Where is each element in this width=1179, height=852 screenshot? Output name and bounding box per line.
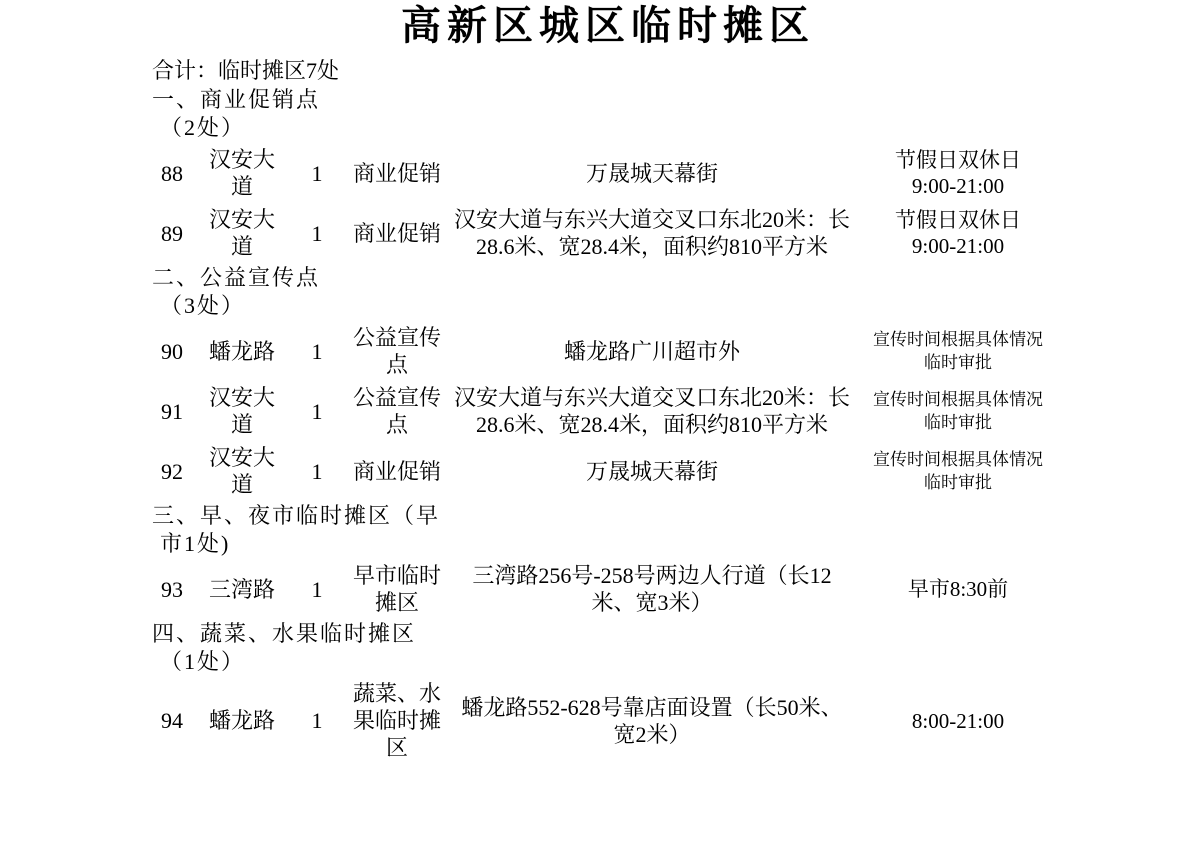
- cell-type: 商业促销: [342, 160, 452, 187]
- cell-time-remark: 早市8:30前: [852, 576, 1064, 602]
- section-heading: 一、商业促销点（2处）: [152, 86, 1064, 142]
- cell-time-remark: 8:00-21:00: [852, 708, 1064, 734]
- section-rows: 90 蟠龙路 1 公益宣传点 蟠龙路广川超市外 宣传时间根据具体情况临时审批 9…: [152, 322, 1064, 500]
- table-section: 二、公益宣传点（3处） 90 蟠龙路 1 公益宣传点 蟠龙路广川超市外 宣传时间…: [152, 264, 1064, 500]
- cell-location: 万晟城天幕街: [452, 458, 852, 485]
- section-heading: 三、早、夜市临时摊区（早市1处): [152, 502, 1064, 558]
- section-heading-line: 市1处): [152, 530, 1064, 558]
- cell-location: 蟠龙路广川超市外: [452, 338, 852, 365]
- cell-location: 万晟城天幕街: [452, 160, 852, 187]
- cell-time-remark: 宣传时间根据具体情况临时审批: [852, 448, 1064, 494]
- table-row: 88 汉安大道 1 商业促销 万晟城天幕街 节假日双休日9:00-21:00: [152, 144, 1064, 202]
- cell-road-name: 蟠龙路: [209, 707, 275, 734]
- cell-road-name: 汉安大道: [202, 146, 282, 200]
- cell-category: 商业促销: [353, 160, 441, 187]
- cell-serial-number: 91: [152, 398, 192, 425]
- table-row: 93 三湾路 1 早市临时摊区 三湾路256号-258号两边人行道（长12米、宽…: [152, 560, 1064, 618]
- cell-quantity: 1: [292, 576, 342, 603]
- cell-quantity: 1: [292, 338, 342, 365]
- cell-serial-number: 89: [152, 220, 192, 247]
- cell-time-remark: 宣传时间根据具体情况临时审批: [852, 328, 1064, 374]
- cell-road: 蟠龙路: [192, 707, 292, 734]
- cell-category: 早市临时摊区: [349, 562, 445, 616]
- cell-location: 三湾路256号-258号两边人行道（长12米、宽3米）: [452, 562, 852, 616]
- cell-quantity: 1: [292, 160, 342, 187]
- cell-category: 公益宣传点: [349, 384, 445, 438]
- section-heading-line: （3处）: [152, 292, 1064, 320]
- cell-category: 商业促销: [353, 458, 441, 485]
- cell-category: 蔬菜、水果临时摊区: [349, 680, 445, 761]
- cell-type: 商业促销: [342, 220, 452, 247]
- document-page: 高新区城区临时摊区 合计：临时摊区7处 一、商业促销点（2处） 88 汉安大道 …: [0, 0, 1179, 852]
- stall-table: 一、商业促销点（2处） 88 汉安大道 1 商业促销 万晟城天幕街 节假日双休日…: [152, 86, 1064, 763]
- cell-quantity: 1: [292, 220, 342, 247]
- table-section: 四、蔬菜、水果临时摊区（1处） 94 蟠龙路 1 蔬菜、水果临时摊区 蟠龙路55…: [152, 620, 1064, 763]
- cell-time-remark: 宣传时间根据具体情况临时审批: [852, 388, 1064, 434]
- cell-category: 公益宣传点: [349, 324, 445, 378]
- section-rows: 93 三湾路 1 早市临时摊区 三湾路256号-258号两边人行道（长12米、宽…: [152, 560, 1064, 618]
- section-heading-line: 四、蔬菜、水果临时摊区: [152, 620, 1064, 648]
- cell-road: 蟠龙路: [192, 338, 292, 365]
- cell-road: 三湾路: [192, 576, 292, 603]
- cell-location: 汉安大道与东兴大道交叉口东北20米：长28.6米、宽28.4米，面积约810平方…: [452, 206, 852, 260]
- section-rows: 88 汉安大道 1 商业促销 万晟城天幕街 节假日双休日9:00-21:00 8…: [152, 144, 1064, 262]
- cell-quantity: 1: [292, 707, 342, 734]
- remark-line: 宣传时间根据具体情况临时审批: [872, 388, 1044, 434]
- cell-type: 早市临时摊区: [342, 562, 452, 616]
- table-section: 一、商业促销点（2处） 88 汉安大道 1 商业促销 万晟城天幕街 节假日双休日…: [152, 86, 1064, 262]
- remark-line: 节假日双休日: [895, 147, 1021, 173]
- document-content: 高新区城区临时摊区 合计：临时摊区7处 一、商业促销点（2处） 88 汉安大道 …: [152, 0, 1064, 763]
- section-heading: 四、蔬菜、水果临时摊区（1处）: [152, 620, 1064, 676]
- table-row: 92 汉安大道 1 商业促销 万晟城天幕街 宣传时间根据具体情况临时审批: [152, 442, 1064, 500]
- cell-location: 蟠龙路552-628号靠店面设置（长50米、宽2米）: [452, 694, 852, 748]
- remark-line: 宣传时间根据具体情况临时审批: [872, 448, 1044, 494]
- cell-type: 蔬菜、水果临时摊区: [342, 680, 452, 761]
- cell-road: 汉安大道: [192, 146, 292, 200]
- table-row: 90 蟠龙路 1 公益宣传点 蟠龙路广川超市外 宣传时间根据具体情况临时审批: [152, 322, 1064, 380]
- cell-type: 商业促销: [342, 458, 452, 485]
- remark-line: 早市8:30前: [908, 576, 1008, 602]
- cell-road: 汉安大道: [192, 206, 292, 260]
- cell-serial-number: 93: [152, 576, 192, 603]
- cell-serial-number: 94: [152, 707, 192, 734]
- cell-time-remark: 节假日双休日9:00-21:00: [852, 147, 1064, 199]
- cell-serial-number: 90: [152, 338, 192, 365]
- cell-road-name: 汉安大道: [202, 444, 282, 498]
- remark-line: 8:00-21:00: [912, 708, 1004, 734]
- cell-time-remark: 节假日双休日9:00-21:00: [852, 207, 1064, 259]
- section-heading-line: （2处）: [152, 114, 1064, 142]
- section-rows: 94 蟠龙路 1 蔬菜、水果临时摊区 蟠龙路552-628号靠店面设置（长50米…: [152, 678, 1064, 763]
- section-heading: 二、公益宣传点（3处）: [152, 264, 1064, 320]
- cell-road-name: 三湾路: [209, 576, 275, 603]
- table-row: 91 汉安大道 1 公益宣传点 汉安大道与东兴大道交叉口东北20米：长28.6米…: [152, 382, 1064, 440]
- cell-type: 公益宣传点: [342, 384, 452, 438]
- cell-road-name: 汉安大道: [202, 384, 282, 438]
- table-row: 89 汉安大道 1 商业促销 汉安大道与东兴大道交叉口东北20米：长28.6米、…: [152, 204, 1064, 262]
- table-section: 三、早、夜市临时摊区（早市1处) 93 三湾路 1 早市临时摊区 三湾路256号…: [152, 502, 1064, 618]
- page-title: 高新区城区临时摊区: [152, 0, 1064, 52]
- remark-line: 9:00-21:00: [912, 233, 1004, 259]
- cell-road: 汉安大道: [192, 384, 292, 438]
- remark-line: 节假日双休日: [895, 207, 1021, 233]
- section-heading-line: 三、早、夜市临时摊区（早: [152, 502, 1064, 530]
- cell-location: 汉安大道与东兴大道交叉口东北20米：长28.6米、宽28.4米，面积约810平方…: [452, 384, 852, 438]
- cell-quantity: 1: [292, 458, 342, 485]
- cell-road-name: 蟠龙路: [209, 338, 275, 365]
- section-heading-line: 二、公益宣传点: [152, 264, 1064, 292]
- cell-serial-number: 92: [152, 458, 192, 485]
- summary-line: 合计：临时摊区7处: [152, 57, 1064, 85]
- cell-serial-number: 88: [152, 160, 192, 187]
- table-row: 94 蟠龙路 1 蔬菜、水果临时摊区 蟠龙路552-628号靠店面设置（长50米…: [152, 678, 1064, 763]
- cell-road: 汉安大道: [192, 444, 292, 498]
- cell-road-name: 汉安大道: [202, 206, 282, 260]
- section-heading-line: 一、商业促销点: [152, 86, 1064, 114]
- remark-line: 9:00-21:00: [912, 173, 1004, 199]
- cell-category: 商业促销: [353, 220, 441, 247]
- remark-line: 宣传时间根据具体情况临时审批: [872, 328, 1044, 374]
- cell-type: 公益宣传点: [342, 324, 452, 378]
- section-heading-line: （1处）: [152, 648, 1064, 676]
- cell-quantity: 1: [292, 398, 342, 425]
